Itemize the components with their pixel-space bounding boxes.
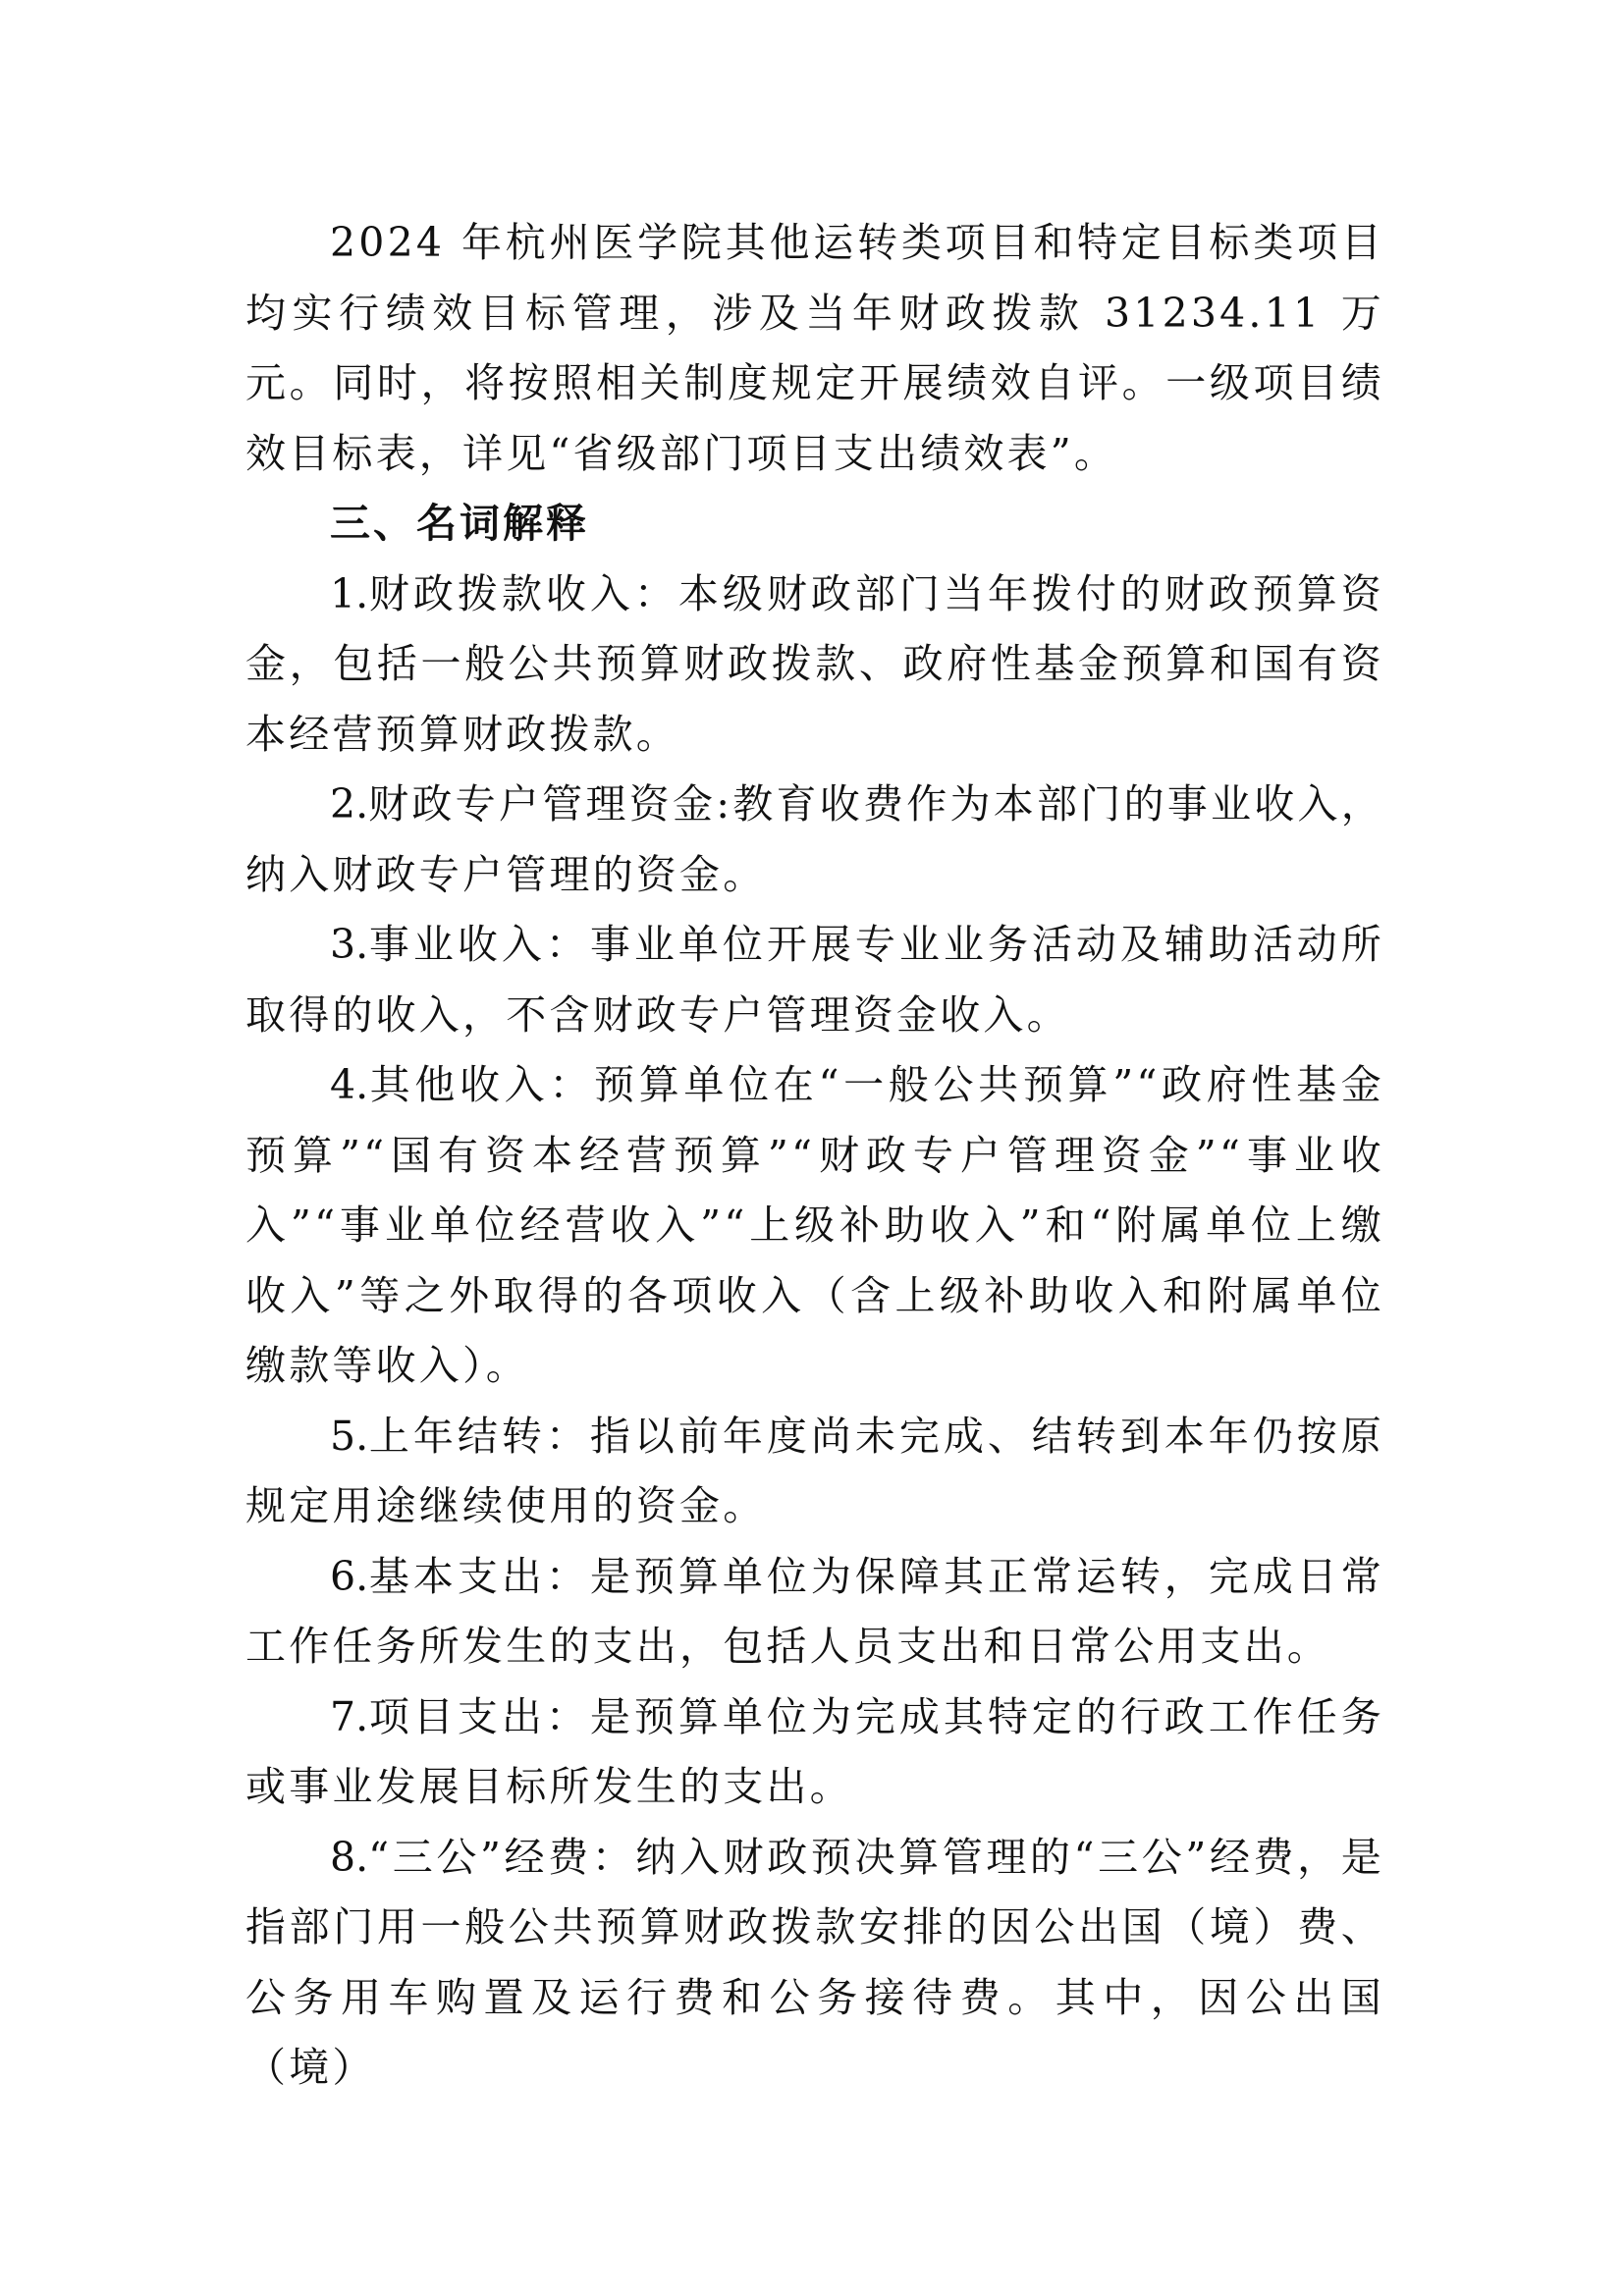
definition-number: 6.: [330, 1553, 368, 1600]
definition-text: 上年结转：指以前年度尚未完成、结转到本年仍按原规定用途继续使用的资金。: [245, 1413, 1384, 1530]
definition-number: 7.: [330, 1693, 368, 1740]
definition-text: 事业收入：事业单位开展专业业务活动及辅助活动所取得的收入，不含财政专户管理资金收…: [245, 921, 1384, 1039]
section-heading: 三、名词解释: [245, 489, 1384, 560]
definition-text: 财政拨款收入：本级财政部门当年拨付的财政预算资金，包括一般公共预算财政拨款、政府…: [245, 570, 1384, 758]
definition-text: 财政专户管理资金:教育收费作为本部门的事业收入，纳入财政专户管理的资金。: [245, 780, 1384, 898]
definition-item-2: 2.财政专户管理资金:教育收费作为本部门的事业收入，纳入财政专户管理的资金。: [245, 770, 1384, 910]
definition-item-4: 4.其他收入：预算单位在“一般公共预算”“政府性基金预算”“国有资本经营预算”“…: [245, 1050, 1384, 1402]
definition-item-6: 6.基本支出：是预算单位为保障其正常运转，完成日常工作任务所发生的支出，包括人员…: [245, 1542, 1384, 1682]
definition-text: 其他收入：预算单位在“一般公共预算”“政府性基金预算”“国有资本经营预算”“财政…: [245, 1061, 1384, 1389]
definition-number: 8.: [330, 1834, 368, 1881]
definition-item-8: 8.“三公”经费：纳入财政预决算管理的“三公”经费，是指部门用一般公共预算财政拨…: [245, 1823, 1384, 2104]
definition-number: 3.: [330, 921, 368, 968]
definition-number: 5.: [330, 1413, 368, 1460]
definition-number: 2.: [330, 780, 368, 828]
document-page: 2024 年杭州医学院其他运转类项目和特定目标类项目均实行绩效目标管理，涉及当年…: [245, 208, 1384, 2104]
definition-text: “三公”经费：纳入财政预决算管理的“三公”经费，是指部门用一般公共预算财政拨款安…: [245, 1834, 1384, 2092]
definition-item-1: 1.财政拨款收入：本级财政部门当年拨付的财政预算资金，包括一般公共预算财政拨款、…: [245, 560, 1384, 771]
intro-paragraph: 2024 年杭州医学院其他运转类项目和特定目标类项目均实行绩效目标管理，涉及当年…: [245, 208, 1384, 489]
definition-number: 1.: [330, 570, 368, 617]
definition-text: 项目支出：是预算单位为完成其特定的行政工作任务或事业发展目标所发生的支出。: [245, 1693, 1384, 1811]
definition-text: 基本支出：是预算单位为保障其正常运转，完成日常工作任务所发生的支出，包括人员支出…: [245, 1553, 1384, 1671]
definition-item-5: 5.上年结转：指以前年度尚未完成、结转到本年仍按原规定用途继续使用的资金。: [245, 1402, 1384, 1542]
definition-number: 4.: [330, 1061, 368, 1108]
definition-item-7: 7.项目支出：是预算单位为完成其特定的行政工作任务或事业发展目标所发生的支出。: [245, 1682, 1384, 1823]
definition-item-3: 3.事业收入：事业单位开展专业业务活动及辅助活动所取得的收入，不含财政专户管理资…: [245, 910, 1384, 1050]
